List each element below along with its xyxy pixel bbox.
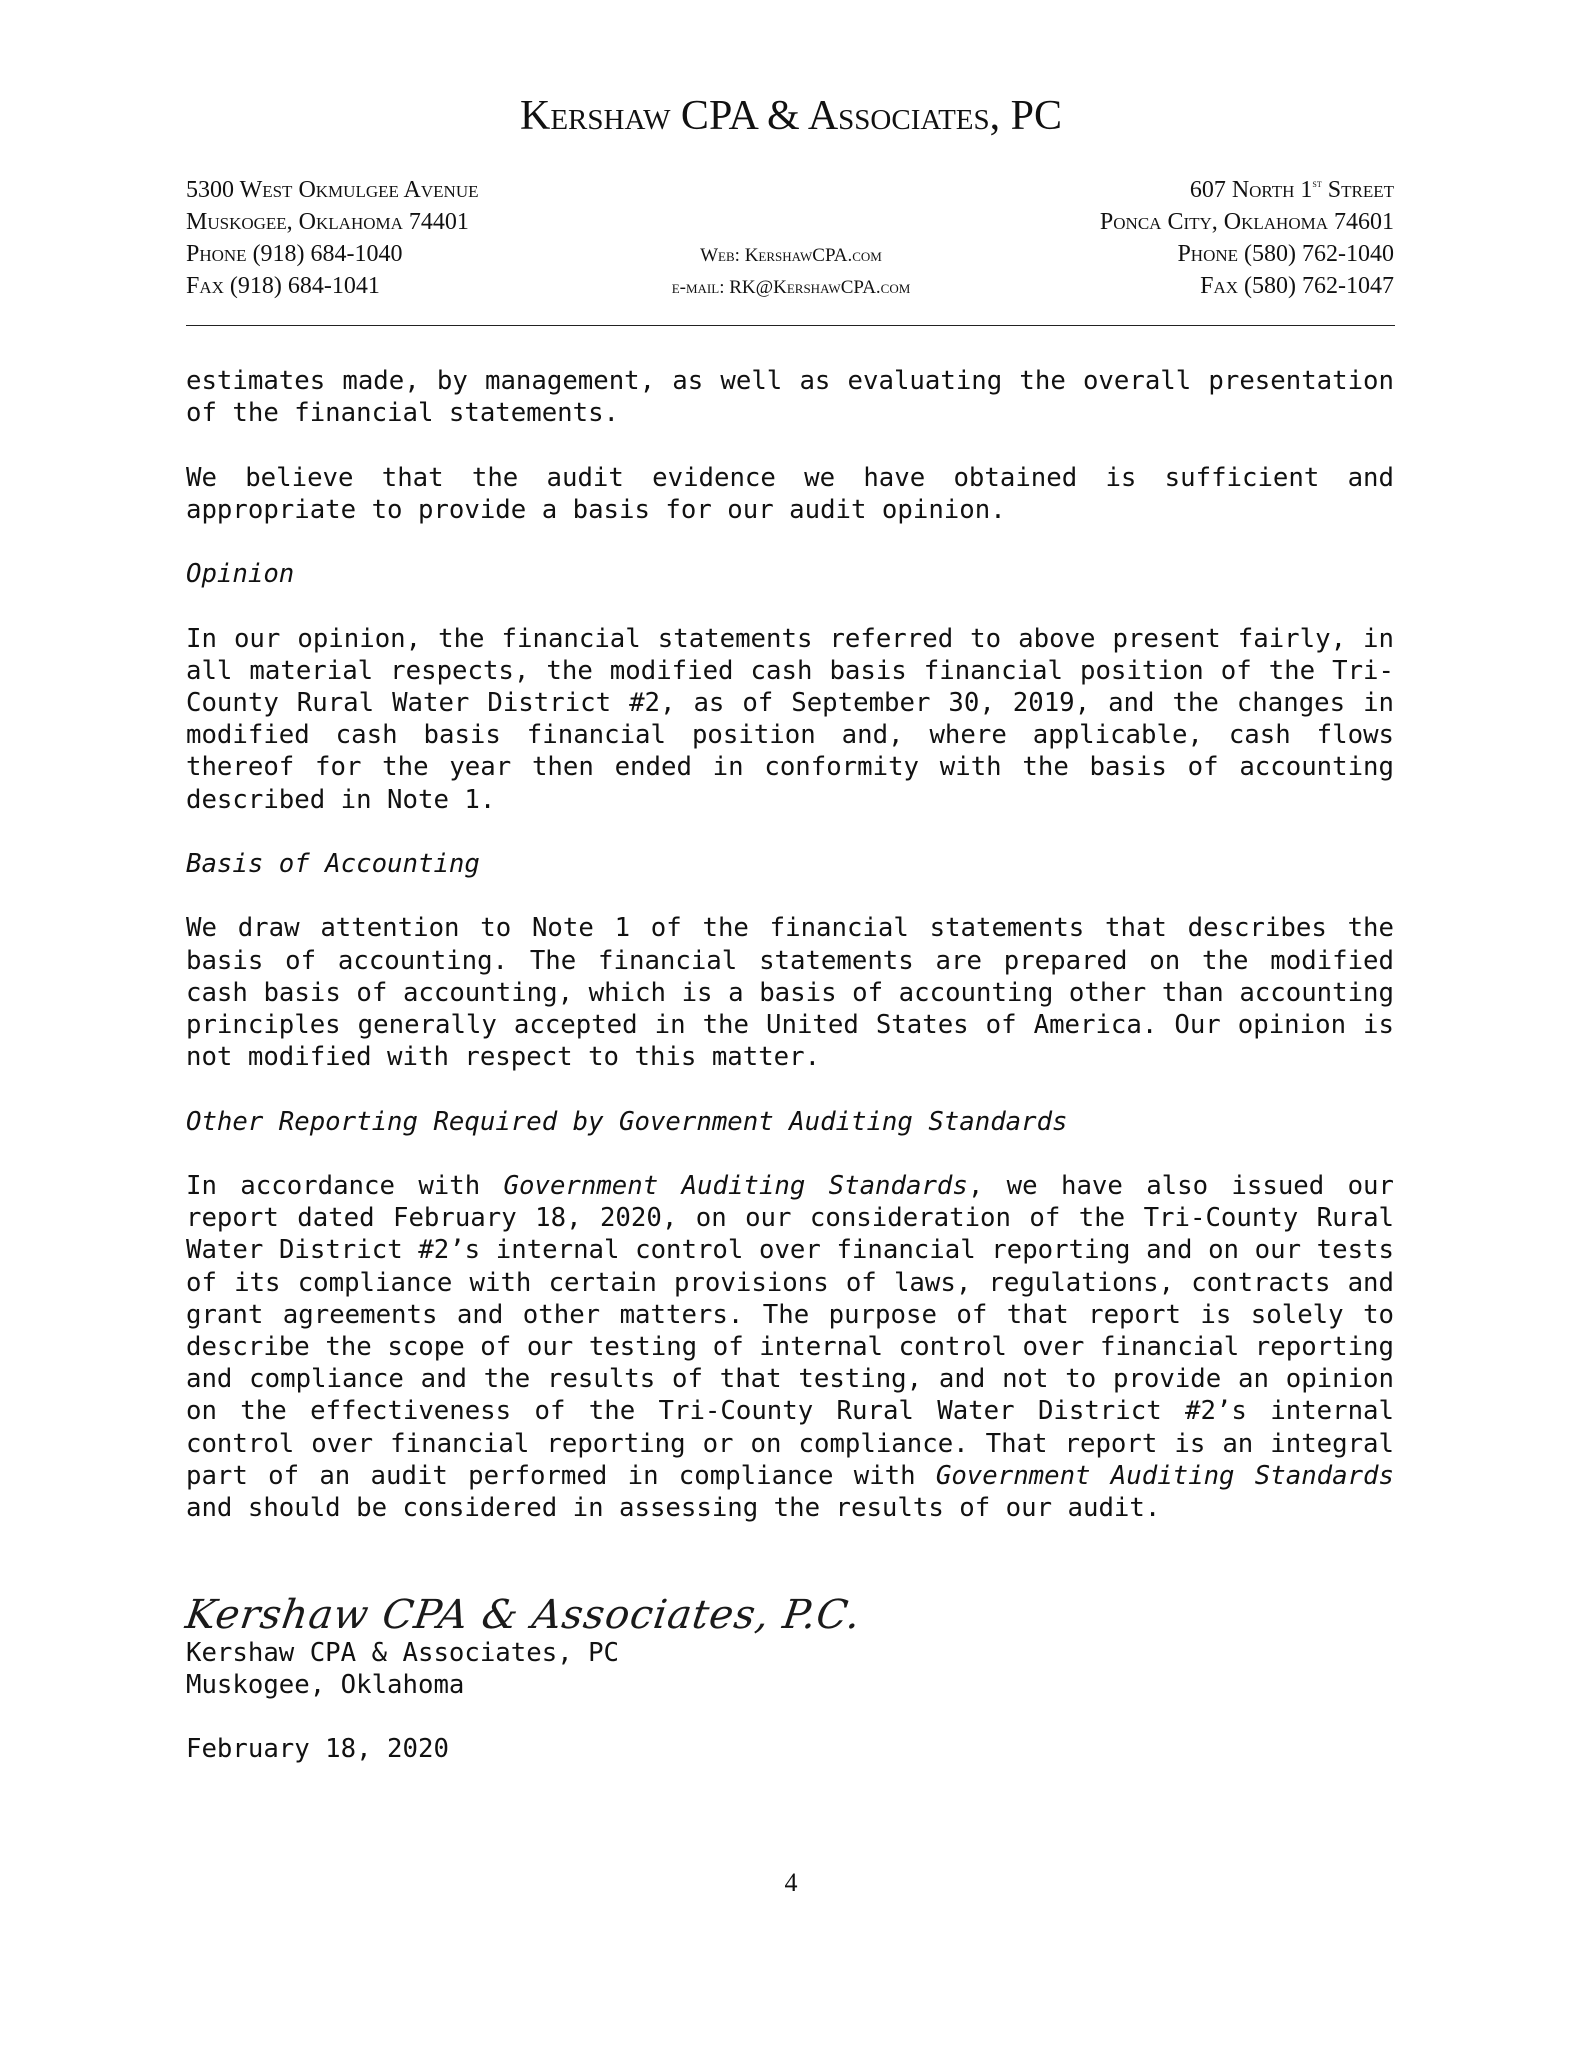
report-date: February 18, 2020	[186, 1733, 449, 1765]
paragraph-other-reporting: In accordance with Government Auditing S…	[186, 1170, 1394, 1524]
paragraph-evidence: We believe that the audit evidence we ha…	[186, 462, 1394, 526]
paragraph-basis-of-accounting: We draw attention to Note 1 of the finan…	[186, 912, 1394, 1073]
paragraph-opinion: In our opinion, the financial statements…	[186, 623, 1394, 816]
right-office-phone: Phone (580) 762-1040	[1100, 238, 1394, 270]
text-run: and should be considered in assessing th…	[186, 1493, 1160, 1523]
right-office-address: 607 North 1st Street Ponca City, Oklahom…	[1100, 174, 1394, 302]
signer-firm: Kershaw CPA & Associates, PC	[186, 1637, 619, 1669]
signer-location: Muskogee, Oklahoma	[186, 1669, 619, 1701]
text-run-italic: Government Auditing Standards	[936, 1461, 1394, 1491]
heading-opinion: Opinion	[186, 558, 1394, 590]
street-number: 607 North 1	[1190, 177, 1313, 203]
signature-block: Kershaw CPA & Associates, PCMuskogee, Ok…	[186, 1637, 619, 1701]
text-run: In accordance with	[186, 1171, 504, 1201]
text-run: , we have also issued our report dated F…	[186, 1171, 1394, 1491]
right-office-street: 607 North 1st Street	[1100, 174, 1394, 206]
heading-other-reporting: Other Reporting Required by Government A…	[186, 1106, 1394, 1138]
handwritten-signature: Kershaw CPA & Associates, P.C.	[183, 1592, 864, 1638]
ordinal-suffix: st	[1312, 176, 1321, 190]
street-name: Street	[1322, 177, 1394, 203]
page-number: 4	[0, 1868, 1582, 1898]
header-divider	[186, 325, 1395, 326]
report-body: estimates made, by management, as well a…	[186, 365, 1394, 1556]
heading-basis-of-accounting: Basis of Accounting	[186, 848, 1394, 880]
left-office-street: 5300 West Okmulgee Avenue	[186, 174, 478, 206]
right-office-fax: Fax (580) 762-1047	[1100, 270, 1394, 302]
text-run-italic: Government Auditing Standards	[504, 1171, 968, 1201]
paragraph-procedures: estimates made, by management, as well a…	[186, 365, 1394, 429]
left-office-city: Muskogee, Oklahoma 74401	[186, 206, 478, 238]
letterhead-firm-name: Kershaw CPA & Associates, PC	[0, 92, 1582, 140]
right-office-city: Ponca City, Oklahoma 74601	[1100, 206, 1394, 238]
